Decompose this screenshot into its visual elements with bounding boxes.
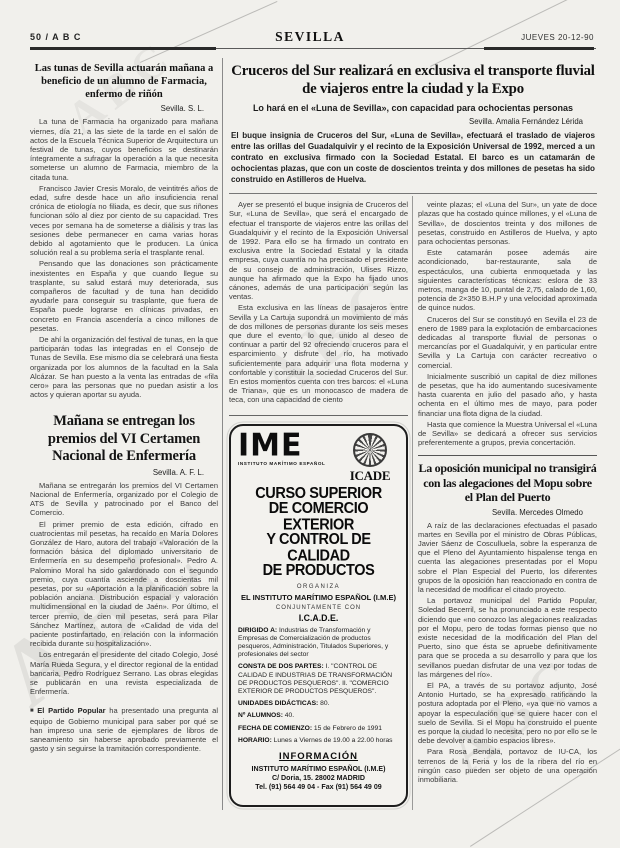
ad-dirigido: DIRIGIDO A: Industrias de Transformación…	[238, 627, 399, 660]
paragraph: Y CONTROL DE CALIDAD	[238, 532, 399, 565]
paragraph: Mañana se entregarán los premios del VI …	[30, 481, 218, 518]
paragraph: Tel. (91) 564 49 04 - Fax (91) 564 49 09	[238, 783, 399, 792]
paragraph: Esta exclusiva en las líneas de pasajero…	[229, 303, 408, 404]
paragraph: La tuna de Farmacia ha organizado para m…	[30, 117, 218, 181]
article-tunas: Las tunas de Sevilla actuarán mañana a b…	[30, 62, 218, 399]
ad-unidades: UNIDADES DIDÁCTICAS: 80.	[238, 700, 399, 708]
article-body: veinte plazas; el «Luna del Sur», un yat…	[418, 200, 597, 447]
subcolumn-right: veinte plazas; el «Luna del Sur», un yat…	[418, 200, 597, 806]
paragraph: C/ Doria, 15. 28002 MADRID	[238, 774, 399, 783]
header-rule-thick-left	[30, 47, 216, 50]
paragraph: DE PRODUCTOS	[238, 564, 399, 580]
ad-header: IME INSTITUTO MARÍTIMO ESPAÑOL ICADE	[238, 433, 399, 484]
article-oposicion: La oposición municipal no transigirá con…	[418, 455, 597, 784]
paragraph: Pensando que las donaciones son práctica…	[30, 259, 218, 333]
subcolumn-left: Ayer se presentó el buque insignia de Cr…	[229, 200, 408, 806]
ad-separator-rule	[229, 415, 408, 416]
article-body: Mañana se entregarán los premios del VI …	[30, 481, 218, 697]
ad-alumnos: Nº ALUMNOS: 40.	[238, 712, 399, 720]
main-column-divider	[222, 58, 223, 810]
ad-field-label: UNIDADES DIDÁCTICAS:	[238, 700, 318, 707]
ad-horario: HORARIO: Lunes a Viernes de 19.00 a 22.0…	[238, 737, 399, 745]
paragraph: Cruceros del Sur se constituyó en Sevill…	[418, 315, 597, 370]
paragraph: De ahí la organización del festival de t…	[30, 335, 218, 399]
paragraph: Francisco Javier Cresis Moralo, de veint…	[30, 184, 218, 258]
ime-logo-block: IME INSTITUTO MARÍTIMO ESPAÑOL	[238, 433, 325, 466]
lead-paragraph: El buque insignia de Cruceros del Sur, «…	[231, 130, 595, 185]
ad-organizer: EL INSTITUTO MARÍTIMO ESPAÑOL (I.M.E)	[238, 593, 399, 602]
ad-field-label: Nº ALUMNOS:	[238, 712, 283, 719]
ad-field-label: HORARIO:	[238, 737, 272, 744]
bullet-icon: ■	[30, 708, 35, 714]
two-column-body: Ayer se presentó el buque insignia de Cr…	[229, 200, 597, 806]
ad-field-value: 80.	[318, 700, 329, 707]
article-headline: La oposición municipal no transigirá con…	[418, 461, 597, 504]
paragraph: A raíz de las declaraciones efectuadas e…	[418, 521, 597, 595]
brief-lead: El Partido Popular	[37, 706, 105, 715]
ad-field-label: CONSTA DE DOS PARTES:	[238, 663, 324, 670]
paragraph: INSTITUTO MARÍTIMO ESPAÑOL (I.M.E)	[238, 765, 399, 774]
ad-organiza-label: ORGANIZA	[238, 584, 399, 590]
article-body: Ayer se presentó el buque insignia de Cr…	[229, 200, 408, 404]
paragraph: Para Rosa Bendala, portavoz de IU-CA, lo…	[418, 747, 597, 784]
ad-field-value: Lunes a Viernes de 19.00 a 22.00 horas	[272, 737, 393, 744]
paragraph: La portavoz municipal del Partido Popula…	[418, 596, 597, 679]
paragraph: veinte plazas; el «Luna del Sur», un yat…	[418, 200, 597, 246]
right-area: Cruceros del Sur realizará en exclusiva …	[229, 54, 597, 807]
article-byline: Sevilla. S. L.	[30, 104, 218, 113]
article-headline: Las tunas de Sevilla actuarán mañana a b…	[34, 62, 214, 101]
icade-label: ICADE	[341, 468, 399, 484]
paragraph: Los entregarán el presidente del citado …	[30, 650, 218, 696]
left-column: Las tunas de Sevilla actuarán mañana a b…	[30, 56, 218, 761]
ad-jointly-label: CONJUNTAMENTE CON	[238, 605, 399, 611]
article-body: A raíz de las declaraciones efectuadas e…	[418, 521, 597, 785]
main-headline: Cruceros del Sur realizará en exclusiva …	[229, 62, 597, 98]
ad-field-value: 40.	[283, 712, 294, 719]
ad-field-label: DIRIGIDO A:	[238, 627, 277, 634]
ad-info-title: INFORMACIÓN	[238, 751, 399, 762]
ime-advertisement: IME INSTITUTO MARÍTIMO ESPAÑOL ICADE CUR…	[229, 424, 408, 807]
ad-fecha: FECHA DE COMIENZO: 15 de Febrero de 1991	[238, 725, 399, 733]
icade-seal-icon	[353, 433, 387, 467]
ad-consta: CONSTA DE DOS PARTES: I. "CONTROL DE CAL…	[238, 663, 399, 696]
article-byline: Sevilla. Mercedes Olmedo	[418, 508, 597, 517]
article-top-rule	[418, 455, 597, 456]
icade-block: ICADE	[341, 433, 399, 484]
ad-icade-name: I.C.A.D.E.	[238, 613, 399, 623]
paragraph: Ayer se presentó el buque insignia de Cr…	[229, 200, 408, 301]
ad-title: CURSO SUPERIORDE COMERCIO EXTERIORY CONT…	[238, 487, 399, 580]
article-cruceros: Cruceros del Sur realizará en exclusiva …	[229, 62, 597, 807]
paragraph: Este catamarán posee además aire acondic…	[418, 248, 597, 312]
paragraph: Inicialmente suscribió un capital de die…	[418, 372, 597, 418]
paragraph: El PA, a través de su portavoz adjunto, …	[418, 681, 597, 745]
ad-field-value: 15 de Febrero de 1991	[312, 725, 382, 732]
ad-field-label: FECHA DE COMIENZO:	[238, 725, 312, 732]
article-byline: Sevilla. A. F. L.	[30, 468, 218, 477]
news-brief: ■El Partido Popular ha presentado una pr…	[30, 706, 218, 753]
article-body: La tuna de Farmacia ha organizado para m…	[30, 117, 218, 399]
lead-rule	[229, 193, 597, 194]
paragraph: DE COMERCIO EXTERIOR	[238, 501, 399, 534]
main-subhead: Lo hará en el «Luna de Sevilla», con cap…	[229, 103, 597, 113]
ad-contact-info: INSTITUTO MARÍTIMO ESPAÑOL (I.M.E)C/ Dor…	[238, 765, 399, 791]
header-rule-thick-right	[484, 47, 594, 50]
article-headline: Mañana se entregan los premios del VI Ce…	[30, 413, 218, 464]
newspaper-page: ABC ABC ABC ABC 50 / A B C SEVILLA JUEVE…	[0, 0, 620, 848]
paragraph: Hasta que comience la Muestra Universal …	[418, 420, 597, 448]
article-enfermeria: Mañana se entregan los premios del VI Ce…	[30, 413, 218, 696]
paragraph: El primer premio de esta edición, cifrad…	[30, 520, 218, 649]
date-label: JUEVES 20-12-90	[521, 33, 594, 42]
ime-logo: IME	[238, 432, 325, 459]
main-byline: Sevilla. Amalia Fernández Lérida	[229, 117, 597, 126]
